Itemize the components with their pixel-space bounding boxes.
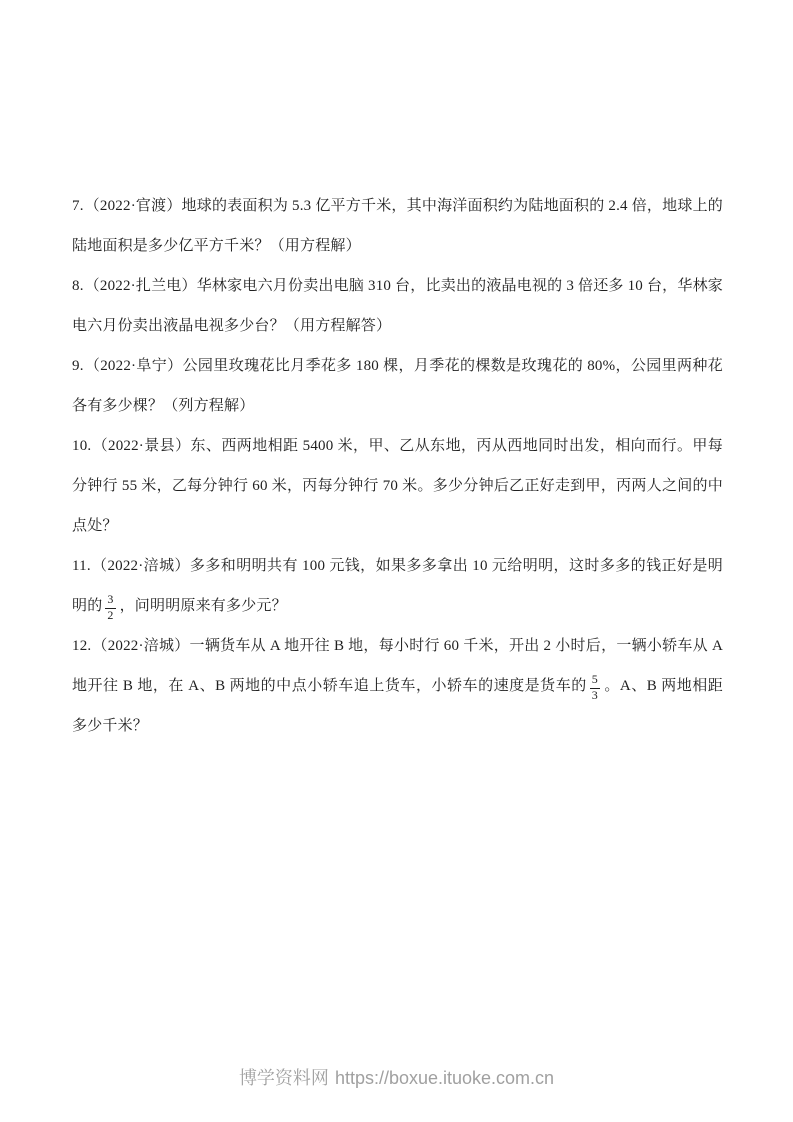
site-name: 博学资料网 [239, 1068, 329, 1088]
fraction-numerator: 5 [590, 673, 600, 688]
problem-number: 11. [72, 558, 92, 574]
fraction-denominator: 3 [590, 689, 600, 703]
problem-text: （2022·阜宁）公园里玫瑰花比月季花多 180 棵，月季花的棵数是玫瑰花的 8… [72, 358, 723, 414]
problem-number: 12. [72, 638, 92, 654]
fraction: 53 [590, 673, 600, 703]
problem-number: 8. [72, 278, 85, 294]
problem-7: 7.（2022·官渡）地球的表面积为 5.3 亿平方千米，其中海洋面积约为陆地面… [72, 186, 723, 266]
problem-11: 11.（2022·涪城）多多和明明共有 100 元钱，如果多多拿出 10 元给明… [72, 546, 723, 626]
problem-number: 9. [72, 358, 85, 374]
problem-number: 10. [72, 438, 92, 454]
fraction-numerator: 3 [105, 593, 115, 608]
problem-12: 12.（2022·涪城）一辆货车从 A 地开往 B 地，每小时行 60 千米，开… [72, 626, 723, 746]
worksheet-page: 7.（2022·官渡）地球的表面积为 5.3 亿平方千米，其中海洋面积约为陆地面… [0, 0, 793, 1122]
problem-text: （2022·景县）东、西两地相距 5400 米，甲、乙从东地，丙从西地同时出发，… [72, 438, 723, 534]
problem-text: ，问明明原来有多少元？ [120, 598, 287, 614]
document-content: 7.（2022·官渡）地球的表面积为 5.3 亿平方千米，其中海洋面积约为陆地面… [72, 186, 723, 746]
problem-text: （2022·扎兰电）华林家电六月份卖出电脑 310 台，比卖出的液晶电视的 3 … [72, 278, 723, 334]
problem-text: （2022·官渡）地球的表面积为 5.3 亿平方千米，其中海洋面积约为陆地面积的… [72, 198, 723, 254]
problem-8: 8.（2022·扎兰电）华林家电六月份卖出电脑 310 台，比卖出的液晶电视的 … [72, 266, 723, 346]
site-url[interactable]: https://boxue.ituoke.com.cn [335, 1068, 554, 1088]
footer-watermark: 博学资料网https://boxue.ituoke.com.cn [0, 1064, 793, 1090]
problem-10: 10.（2022·景县）东、西两地相距 5400 米，甲、乙从东地，丙从西地同时… [72, 426, 723, 546]
problem-number: 7. [72, 198, 85, 214]
fraction-denominator: 2 [105, 609, 115, 623]
problem-9: 9.（2022·阜宁）公园里玫瑰花比月季花多 180 棵，月季花的棵数是玫瑰花的… [72, 346, 723, 426]
fraction: 32 [105, 593, 115, 623]
